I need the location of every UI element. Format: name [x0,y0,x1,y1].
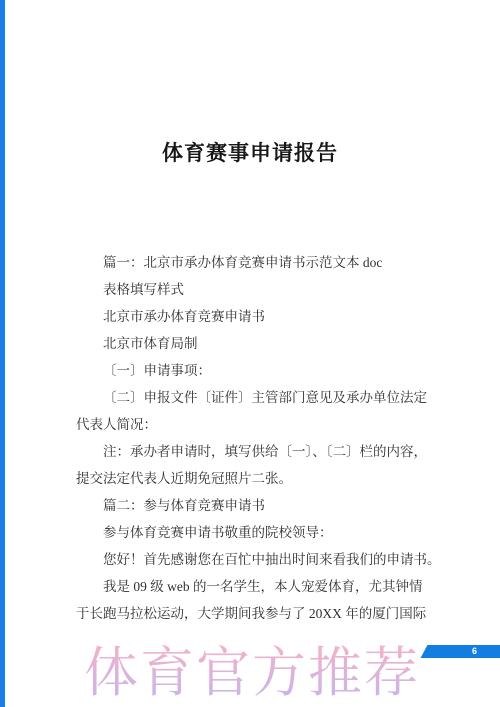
body-line: 注：承办者申请时，填写供给〔一〕、〔二〕栏的内容， [76,438,442,465]
body-line: 参与体育竞赛申请书敬重的院校领导： [76,519,442,546]
body-line: 篇一：北京市承办体育竞赛申请书示范文本 doc [76,249,442,276]
page-left-edge-strip [0,0,5,707]
document-title: 体育赛事申请报告 [0,137,500,167]
body-line: 代表人简况： [76,411,442,438]
body-line: 我是 09 级 web 的一名学生，本人宠爱体育，尤其钟情 [76,573,442,600]
body-line: 您好！首先感谢您在百忙中抽出时间来看我们的申请书。 [76,546,442,573]
body-line: 表格填写样式 [76,276,442,303]
body-line: 篇二：参与体育竞赛申请书 [76,492,442,519]
body-line: 〔一〕申请事项： [76,357,442,384]
body-line: 〔二〕申报文件〔证件〕主管部门意见及承办单位法定 [76,384,442,411]
document-body: 篇一：北京市承办体育竞赛申请书示范文本 doc 表格填写样式 北京市承办体育竞赛… [76,249,442,627]
body-line: 于长跑马拉松运动，大学期间我参与了 20XX 年的厦门国际 [76,600,442,627]
document-page[interactable]: 体育赛事申请报告 篇一：北京市承办体育竞赛申请书示范文本 doc 表格填写样式 … [0,0,500,707]
body-line: 提交法定代表人近期免冠照片二张。 [76,465,442,492]
body-line: 北京市体育局制 [76,330,442,357]
body-line: 北京市承办体育竞赛申请书 [76,303,442,330]
promo-watermark: 体育官方推荐 [84,630,420,707]
page-number-badge: 6 [421,645,500,658]
page-number: 6 [472,645,477,658]
